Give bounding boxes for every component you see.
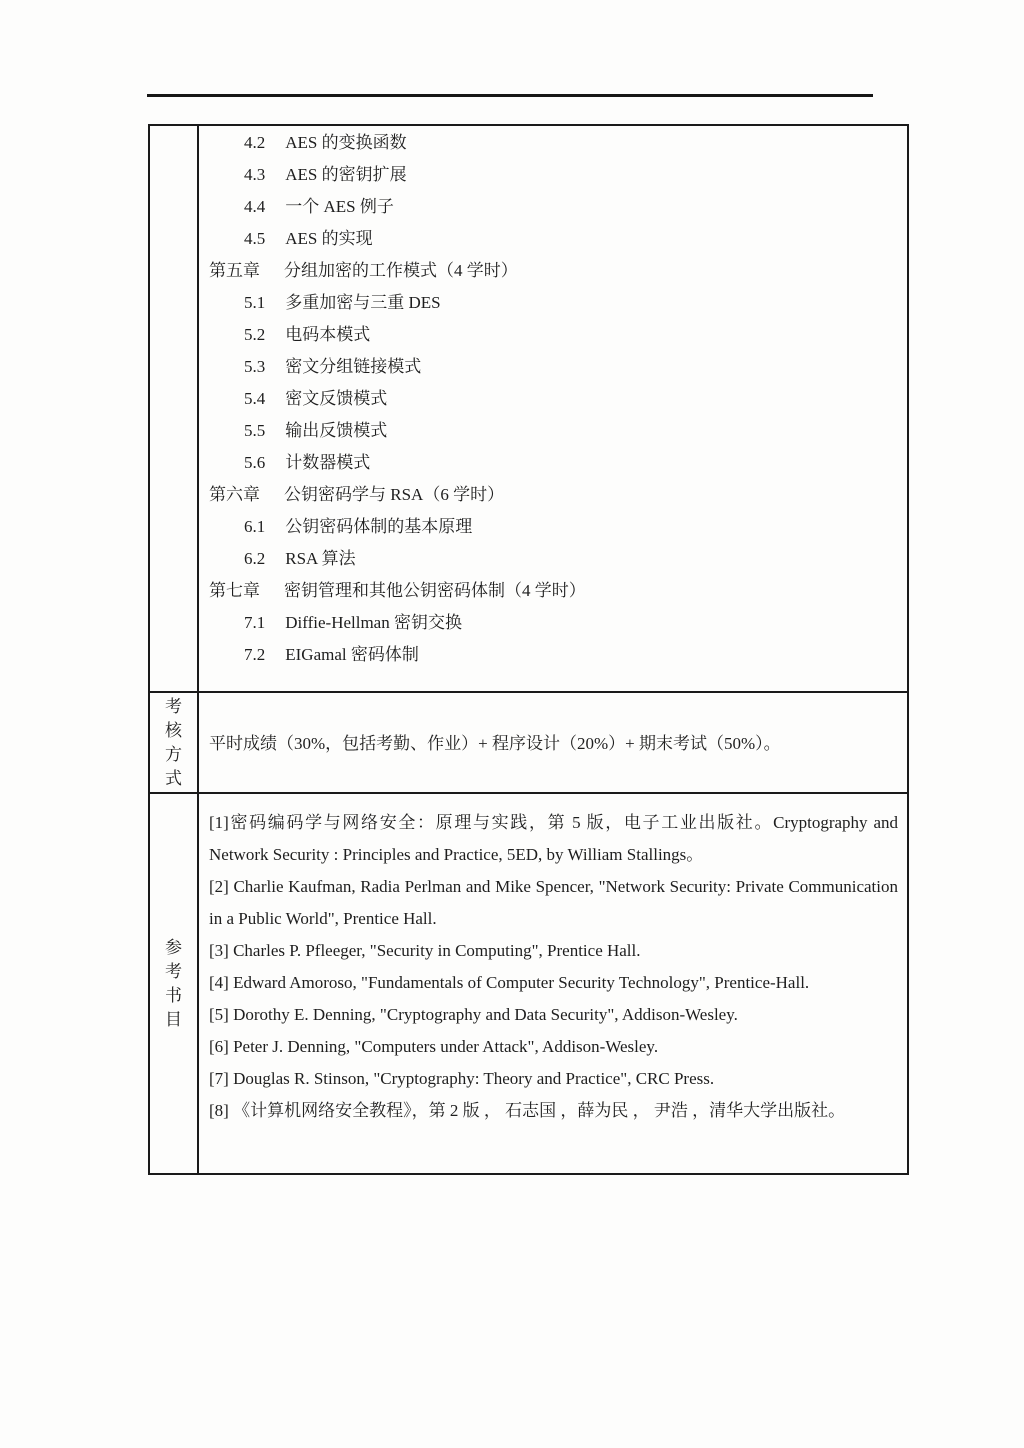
- outline-item: 5.3密文分组链接模式: [199, 351, 907, 383]
- outline-item-number: 5.4: [244, 389, 265, 408]
- outline-item: 5.2电码本模式: [199, 319, 907, 351]
- outline-item-title: 公钥密码体制的基本原理: [285, 517, 472, 536]
- outline-item-title: AES 的密钥扩展: [285, 165, 406, 184]
- assessment-label-cell: 考核方式: [150, 693, 199, 792]
- outline-item-number: 5.1: [244, 293, 265, 312]
- outline-item: 4.3AES 的密钥扩展: [199, 159, 907, 191]
- outline-item-number: 5.5: [244, 421, 265, 440]
- outline-item-number: 4.2: [244, 133, 265, 152]
- outline-item-title: 一个 AES 例子: [285, 197, 394, 216]
- outline-item-title: AES 的变换函数: [285, 133, 406, 152]
- course-outline-list: 4.2AES 的变换函数 4.3AES 的密钥扩展 4.4一个 AES 例子 4…: [199, 126, 907, 671]
- reference-item: [6] Peter J. Denning, "Computers under A…: [209, 1031, 898, 1063]
- outline-item: 5.1多重加密与三重 DES: [199, 287, 907, 319]
- reference-item: [8] 《计算机网络安全教程》，第 2 版 ， 石志国 ，薛为民 ， 尹浩 ，清…: [209, 1095, 898, 1127]
- outline-item-number: 7.1: [244, 613, 265, 632]
- assessment-text: 平时成绩（30%，包括考勤、作业）+ 程序设计（20%）+ 期末考试（50%）。: [199, 693, 907, 792]
- reference-item: [4] Edward Amoroso, "Fundamentals of Com…: [209, 967, 898, 999]
- assessment-content-cell: 平时成绩（30%，包括考勤、作业）+ 程序设计（20%）+ 期末考试（50%）。: [199, 693, 907, 792]
- syllabus-table: 4.2AES 的变换函数 4.3AES 的密钥扩展 4.4一个 AES 例子 4…: [148, 124, 909, 1175]
- reference-item: [5] Dorothy E. Denning, "Cryptography an…: [209, 999, 898, 1031]
- outline-chapter: 第七章密钥管理和其他公钥密码体制（4 学时）: [199, 575, 907, 607]
- outline-item: 7.1Diffie-Hellman 密钥交换: [199, 607, 907, 639]
- outline-row: 4.2AES 的变换函数 4.3AES 的密钥扩展 4.4一个 AES 例子 4…: [150, 126, 907, 691]
- references-row: 参考书目 [1]密码编码学与网络安全：原理与实践，第 5 版，电子工业出版社。C…: [150, 792, 907, 1173]
- outline-item: 5.6计数器模式: [199, 447, 907, 479]
- outline-item: 5.4密文反馈模式: [199, 383, 907, 415]
- outline-chapter-number: 第五章: [209, 261, 260, 280]
- outline-chapter-number: 第七章: [209, 581, 260, 600]
- outline-item-title: 密文分组链接模式: [285, 357, 421, 376]
- outline-item: 4.4一个 AES 例子: [199, 191, 907, 223]
- reference-item: [3] Charles P. Pfleeger, "Security in Co…: [209, 935, 898, 967]
- outline-item-number: 4.5: [244, 229, 265, 248]
- outline-chapter: 第五章分组加密的工作模式（4 学时）: [199, 255, 907, 287]
- outline-chapter: 第六章公钥密码学与 RSA（6 学时）: [199, 479, 907, 511]
- outline-item: 5.5输出反馈模式: [199, 415, 907, 447]
- outline-item: 7.2EIGamal 密码体制: [199, 639, 907, 671]
- outline-item: 4.2AES 的变换函数: [199, 127, 907, 159]
- outline-item-number: 6.1: [244, 517, 265, 536]
- outline-item: 6.2RSA 算法: [199, 543, 907, 575]
- references-row-label: 参考书目: [164, 936, 183, 1032]
- assessment-row: 考核方式 平时成绩（30%，包括考勤、作业）+ 程序设计（20%）+ 期末考试（…: [150, 691, 907, 792]
- outline-content-cell: 4.2AES 的变换函数 4.3AES 的密钥扩展 4.4一个 AES 例子 4…: [199, 126, 907, 691]
- outline-chapter-title: 密钥管理和其他公钥密码体制（4 学时）: [284, 581, 586, 600]
- reference-item: [7] Douglas R. Stinson, "Cryptography: T…: [209, 1063, 898, 1095]
- outline-item-title: 多重加密与三重 DES: [285, 293, 440, 312]
- reference-item: [2] Charlie Kaufman, Radia Perlman and M…: [209, 871, 898, 935]
- outline-item-title: 电码本模式: [285, 325, 370, 344]
- outline-item-title: 输出反馈模式: [285, 421, 387, 440]
- outline-item-title: 密文反馈模式: [285, 389, 387, 408]
- reference-item: [1]密码编码学与网络安全：原理与实践，第 5 版，电子工业出版社。Crypto…: [209, 807, 898, 871]
- outline-item-title: AES 的实现: [285, 229, 372, 248]
- outline-item-number: 4.4: [244, 197, 265, 216]
- outline-item-title: RSA 算法: [285, 549, 355, 568]
- header-divider-rule: [147, 94, 873, 97]
- outline-item-number: 4.3: [244, 165, 265, 184]
- outline-item: 4.5AES 的实现: [199, 223, 907, 255]
- outline-chapter-title: 公钥密码学与 RSA（6 学时）: [284, 485, 504, 504]
- outline-item-number: 5.6: [244, 453, 265, 472]
- outline-label-cell: [150, 126, 199, 691]
- reference-list: [1]密码编码学与网络安全：原理与实践，第 5 版，电子工业出版社。Crypto…: [199, 794, 907, 1127]
- references-content-cell: [1]密码编码学与网络安全：原理与实践，第 5 版，电子工业出版社。Crypto…: [199, 794, 907, 1173]
- outline-item-title: Diffie-Hellman 密钥交换: [285, 613, 462, 632]
- outline-chapter-title: 分组加密的工作模式（4 学时）: [284, 261, 518, 280]
- document-page: 4.2AES 的变换函数 4.3AES 的密钥扩展 4.4一个 AES 例子 4…: [0, 0, 1024, 1448]
- outline-item: 6.1公钥密码体制的基本原理: [199, 511, 907, 543]
- references-label-cell: 参考书目: [150, 794, 199, 1173]
- outline-item-number: 6.2: [244, 549, 265, 568]
- outline-item-number: 5.2: [244, 325, 265, 344]
- outline-chapter-number: 第六章: [209, 485, 260, 504]
- outline-item-number: 5.3: [244, 357, 265, 376]
- outline-item-title: EIGamal 密码体制: [285, 645, 419, 664]
- outline-item-number: 7.2: [244, 645, 265, 664]
- outline-item-title: 计数器模式: [285, 453, 370, 472]
- assessment-row-label: 考核方式: [164, 695, 183, 791]
